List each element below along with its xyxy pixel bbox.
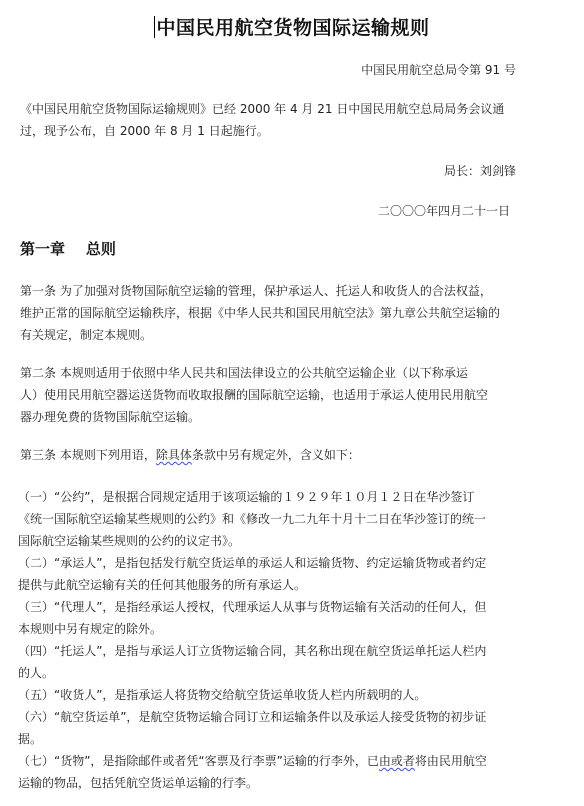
definition-line: 的人。 [18, 662, 518, 684]
definition-line: （七）“货物”，是指除邮件或者凭“客票及行李票”运输的行李外，已由或者将由民用航… [18, 750, 518, 772]
article-line: 第一条 为了加强对货物国际航空运输的管理，保护承运人、托运人和收货人的合法权益， [20, 280, 520, 302]
article-line: 第二条 本规则适用于依照中华人民共和国法律设立的公共航空运输企业（以下称承运 [20, 362, 520, 384]
definition-line: 本规则中另有规定的除外。 [18, 618, 518, 640]
article-line: 维护正常的国际航空运输秩序，根据《中华人民共和国民用航空法》第九章公共航空运输的 [20, 302, 520, 324]
definition-line: （三）“代理人”，是指经承运人授权，代理承运人从事与货物运输有关活动的任何人，但 [18, 596, 518, 618]
article-3-suffix: 条款中另有规定外，含义如下： [192, 448, 360, 462]
article-1: 第一条 为了加强对货物国际航空运输的管理，保护承运人、托运人和收货人的合法权益，… [20, 280, 520, 346]
definition-line: 《统一国际航空运输某些规则的公约》和《修改一九二九年十月十二日在华沙签订的统一 [18, 508, 518, 530]
definition-line: 运输的物品，包括凭航空货运单运输的行李。 [18, 772, 518, 794]
issue-date: 二〇〇〇年四月二十一日 [378, 202, 510, 219]
definition-line: （二）“承运人”，是指包括发行航空货运单的承运人和运输货物、约定运输货物或者约定 [18, 552, 518, 574]
article-line: 有关规定，制定本规则。 [20, 324, 520, 346]
article-line: 第三条 本规则下列用语，除具体条款中另有规定外，含义如下： [20, 444, 520, 466]
definitions-list: （一）“公约”，是根据合同规定适用于该项运输的１９２９年１０月１２日在华沙签订 … [18, 486, 518, 794]
definition-line: 提供与此航空运输有关的任何其他服务的所有承运人。 [18, 574, 518, 596]
document-title-text: 中国民用航空货物国际运输规则 [156, 17, 429, 39]
definition-line: 据。 [18, 728, 518, 750]
definition-line: （四）“托运人”，是指与承运人订立货物运输合同，其名称出现在航空货运单托运人栏内 [18, 640, 518, 662]
article-line: 人）使用民用航空器运送货物而收取报酬的国际航空运输，也适用于承运人使用民用航空 [20, 384, 520, 406]
article-3: 第三条 本规则下列用语，除具体条款中另有规定外，含义如下： [20, 444, 520, 466]
preamble-line: 《中国民用航空货物国际运输规则》已经 2000 年 4 月 21 日中国民用航空… [20, 98, 520, 120]
spellcheck-flagged-word[interactable]: 由或者 [379, 754, 415, 768]
article-line: 器办理免费的货物国际航空运输。 [20, 406, 520, 428]
signature: 局长：刘剑锋 [444, 162, 516, 179]
definition-line: （六）“航空货运单”，是航空货物运输合同订立和运输条件以及承运人接受货物的初步证 [18, 706, 518, 728]
document-title[interactable]: 中国民用航空货物国际运输规则 [0, 13, 584, 40]
document-page[interactable]: 中国民用航空货物国际运输规则 中国民用航空总局令第 91 号 《中国民用航空货物… [0, 0, 584, 806]
definition-line: （一）“公约”，是根据合同规定适用于该项运输的１９２９年１０月１２日在华沙签订 [18, 486, 518, 508]
definition-7-suffix: 将由民用航空 [415, 754, 487, 768]
chapter-heading: 第一章 总则 [20, 238, 116, 259]
definition-line: 国际航空运输某些规则的公约的议定书》。 [18, 530, 518, 552]
order-number: 中国民用航空总局令第 91 号 [361, 61, 516, 78]
spellcheck-flagged-word[interactable]: 除具体 [156, 448, 192, 462]
article-2: 第二条 本规则适用于依照中华人民共和国法律设立的公共航空运输企业（以下称承运 人… [20, 362, 520, 428]
definition-line: （五）“收货人”，是指承运人将货物交给航空货运单收货人栏内所载明的人。 [18, 684, 518, 706]
article-3-prefix: 第三条 本规则下列用语， [20, 448, 156, 462]
definition-7-prefix: （七）“货物”，是指除邮件或者凭“客票及行李票”运输的行李外，已 [18, 754, 379, 768]
preamble-paragraph: 《中国民用航空货物国际运输规则》已经 2000 年 4 月 21 日中国民用航空… [20, 98, 520, 142]
preamble-line: 过，现予公布，自 2000 年 8 月 1 日起施行。 [20, 120, 520, 142]
